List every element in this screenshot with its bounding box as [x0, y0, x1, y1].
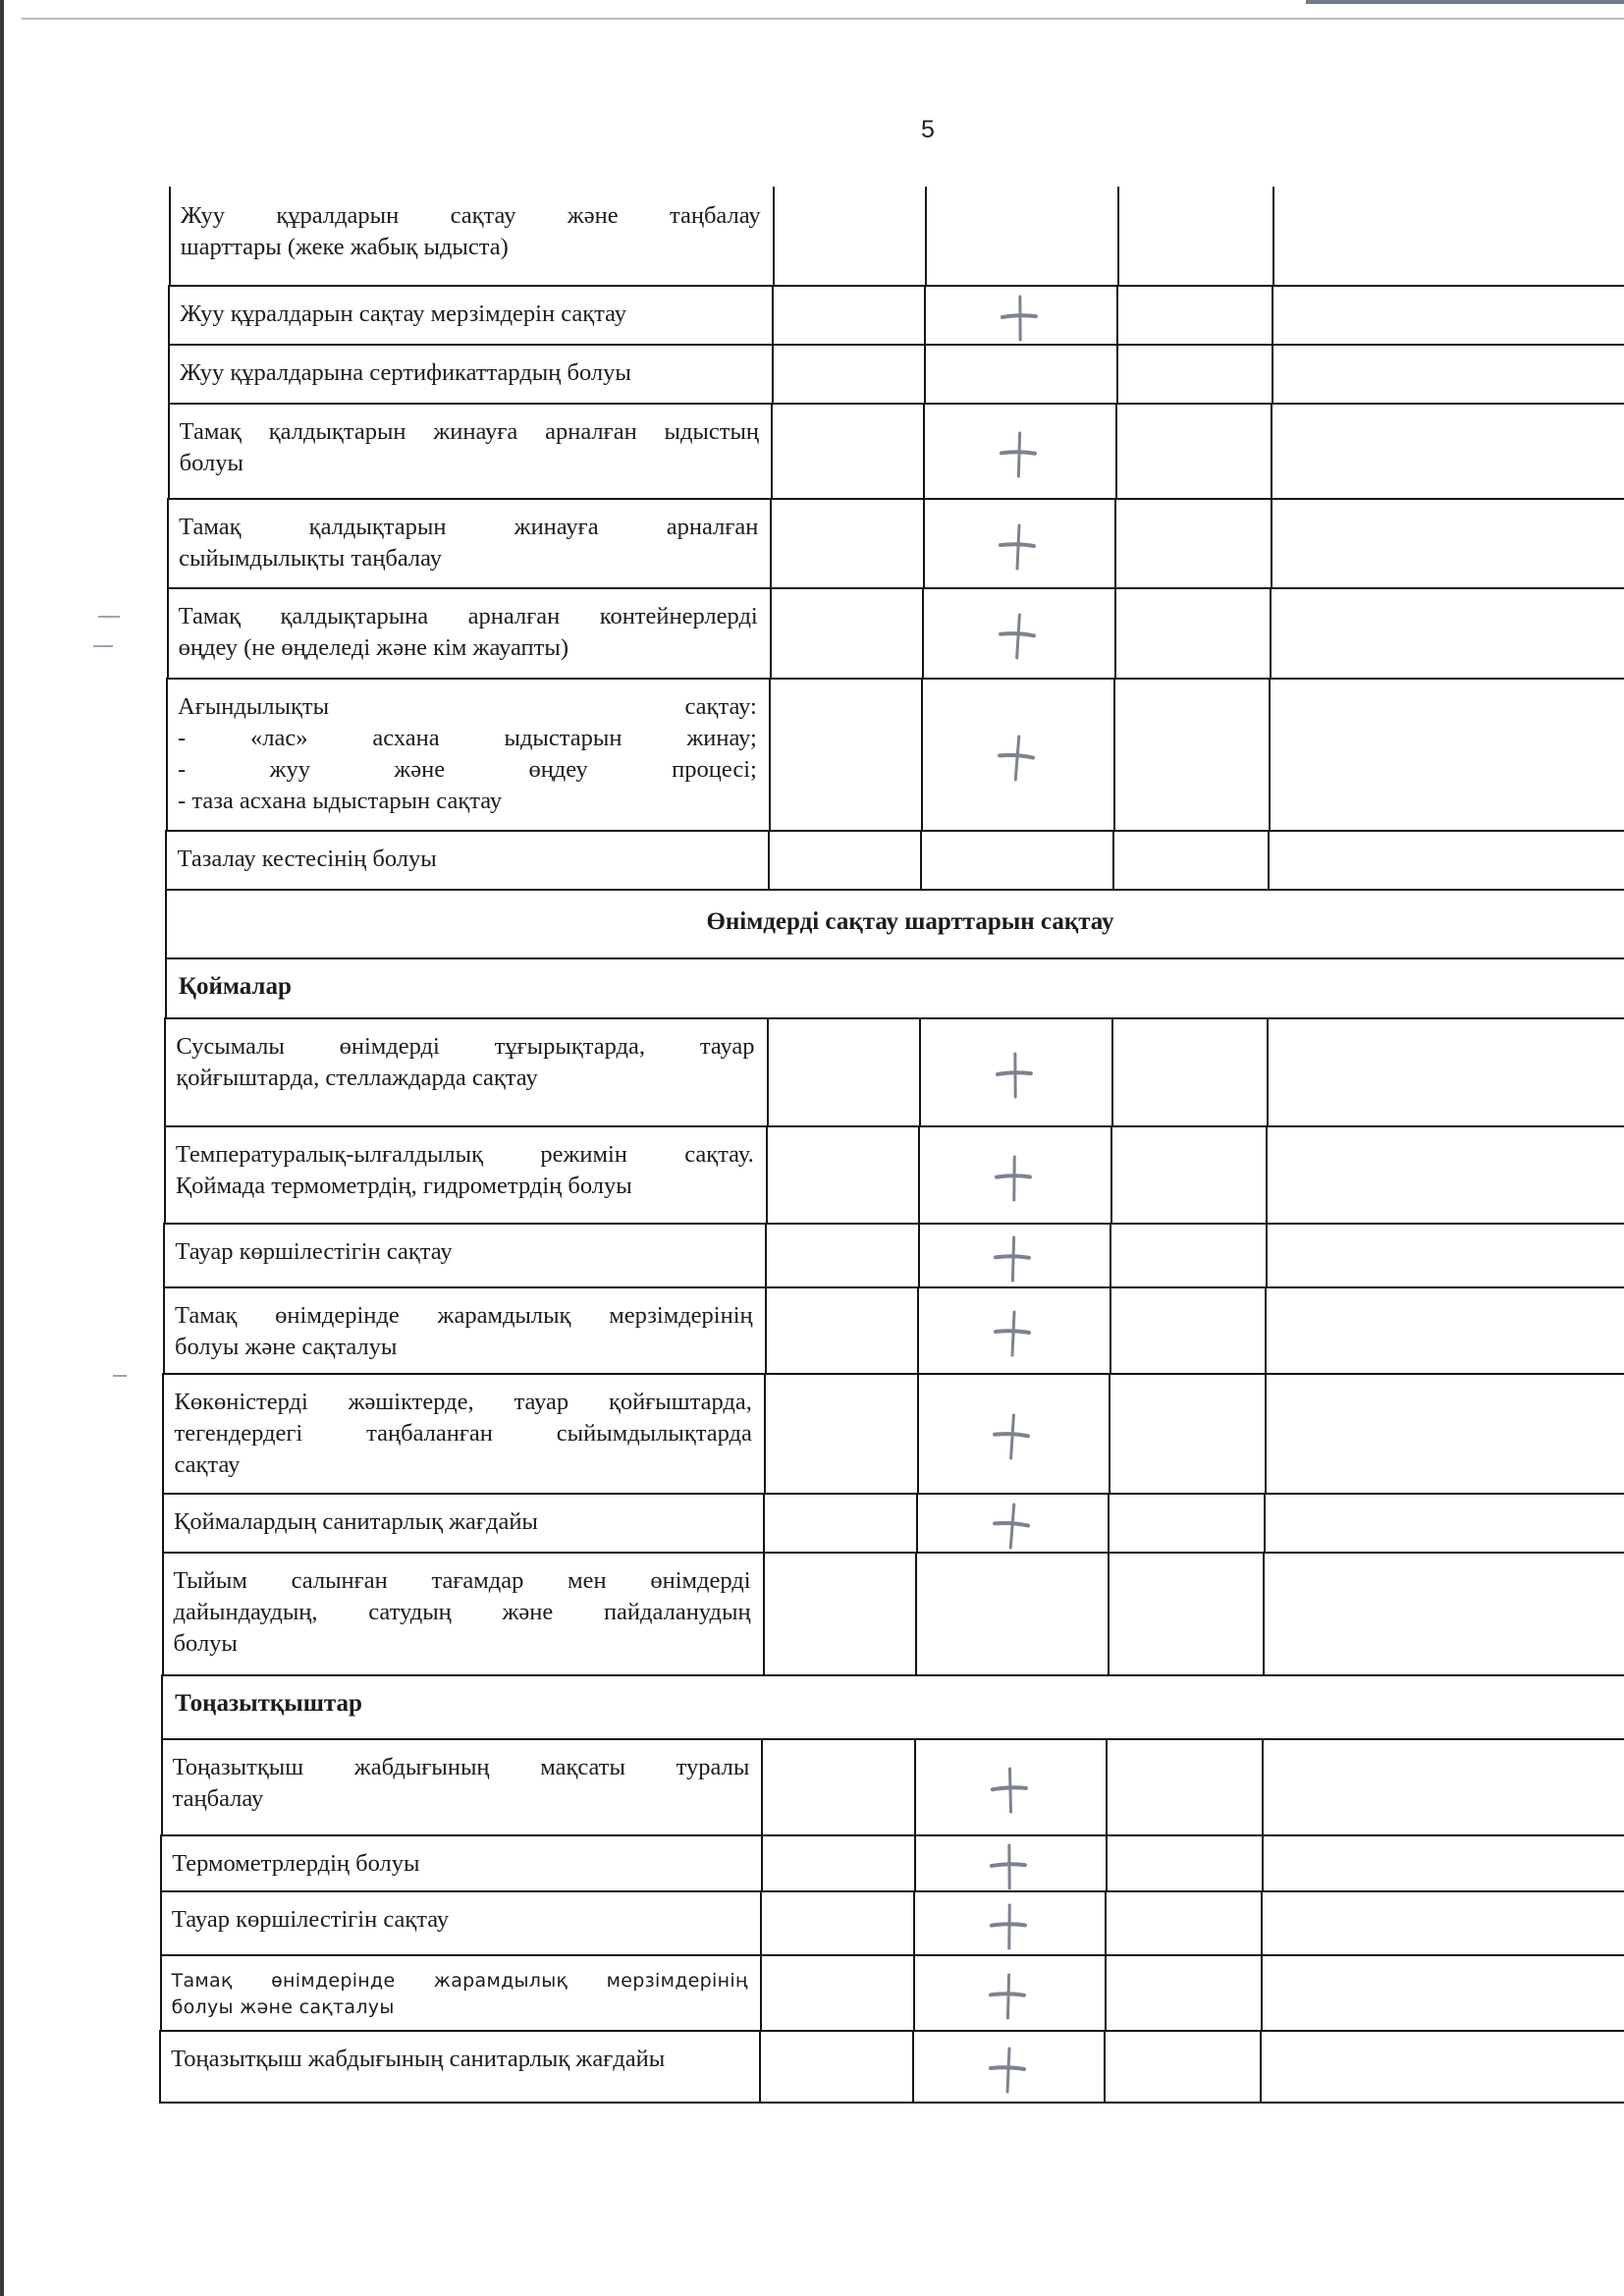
table-column-rule [759, 2030, 761, 2102]
table-rule [159, 2030, 1624, 2032]
handwritten-plus-icon [981, 1761, 1040, 1820]
table-column-rule [760, 1890, 762, 1954]
table-column-rule [1262, 1738, 1264, 1834]
criterion-line: Термометрлердің болуы [172, 1848, 748, 1880]
table-column-rule [1105, 1954, 1107, 2030]
section-title: Өнімдерді сақтау шарттарын сақтау [0, 908, 1624, 936]
criterion-line: Сусымалы өнімдерді тұғырықтарда, тауар [176, 1031, 754, 1063]
criterion-text: Жуу құралдарын сақтау мерзімдерін сақтау [180, 299, 760, 330]
table-column-rule [1264, 1493, 1266, 1552]
table-column-rule [1272, 344, 1273, 403]
table-rule [165, 957, 1624, 959]
table-column-rule [1272, 187, 1274, 285]
criterion-text: Көкөністерді жәшіктерде, тауар қойғыштар… [174, 1387, 751, 1481]
handwritten-plus-icon [986, 1046, 1045, 1105]
table-column-rule [919, 1017, 921, 1125]
criterion-line: тегендердегі таңбаланған сыйымдылықтарда [174, 1418, 751, 1449]
table-column-rule [922, 587, 924, 678]
handwritten-plus-icon [991, 289, 1050, 348]
criterion-line: Қоймалардың санитарлық жағдайы [174, 1506, 751, 1538]
table-rule [162, 1552, 1624, 1554]
criterion-text: Тауар көршілестігін сақтау [172, 1904, 748, 1936]
table-column-rule [1263, 1552, 1265, 1674]
criterion-line: таңбалау [173, 1783, 750, 1815]
table-column-rule [1106, 1834, 1108, 1890]
criterion-line: Көкөністерді жәшіктерде, тауар қойғыштар… [174, 1387, 751, 1418]
criterion-line: сыйымдылықты таңбалау [179, 543, 758, 574]
table-rule [163, 1286, 1624, 1288]
table-column-rule [1271, 403, 1272, 498]
subsection-title: Тоңазытқыштар [175, 1690, 362, 1718]
criterion-line: Тамақ қалдықтарын жинауға арналған [179, 512, 758, 543]
table-column-rule [763, 1493, 765, 1552]
table-column-rule [916, 1493, 918, 1552]
criterion-text: Тоңазытқыш жабдығының санитарлық жағдайы [171, 2044, 747, 2075]
criterion-line: Жуу құралдарына сертификаттардың болуы [180, 357, 760, 389]
table-rule [168, 403, 1624, 405]
table-column-rule [166, 678, 168, 830]
handwritten-plus-icon [989, 607, 1048, 666]
criterion-line: Ағындылықты сақтау: [178, 691, 757, 723]
table-column-rule [162, 1493, 164, 1552]
criterion-line: Тамақ қалдықтарына арналған контейнерлер… [179, 601, 758, 632]
criterion-text: Қоймалардың санитарлық жағдайы [174, 1506, 751, 1538]
table-column-rule [162, 1552, 164, 1674]
table-column-rule [1110, 1286, 1111, 1373]
table-column-rule [763, 1552, 765, 1674]
criterion-text: Тамақ қалдықтарын жинауға арналған ыдыст… [180, 416, 759, 479]
criterion-line: Тауар көршілестігін сақтау [175, 1236, 753, 1268]
table-rule [167, 587, 1624, 589]
table-rule [161, 1738, 1624, 1740]
criterion-text: Тыйым салынған тағамдар мен өнімдердідай… [174, 1565, 751, 1660]
criterion-text: Жуу құралдарын сақтау және таңбалаушартт… [181, 200, 761, 263]
table-column-rule [767, 1017, 769, 1125]
handwritten-plus-icon [979, 1967, 1038, 2026]
table-column-rule [1109, 1373, 1110, 1493]
table-column-rule [1271, 498, 1272, 587]
criterion-line: Жуу құралдарын сақтау мерзімдерін сақтау [180, 299, 760, 330]
table-column-rule [1117, 187, 1119, 285]
table-column-rule [168, 285, 170, 344]
table-column-rule [164, 1125, 166, 1223]
table-column-rule [160, 1834, 162, 1890]
table-column-rule [760, 1954, 762, 2030]
table-rule [162, 1493, 1624, 1495]
table-column-rule [1268, 830, 1270, 889]
handwritten-plus-icon [990, 425, 1049, 484]
table-column-rule [913, 1954, 915, 2030]
table-rule [164, 1223, 1624, 1225]
table-column-rule [167, 498, 169, 587]
criterion-text: Тамақ өнімдерінде жарамдылық мерзімдерін… [172, 1968, 748, 2021]
criterion-text: Температуралық-ылғалдылық режимін сақтау… [176, 1139, 754, 1202]
table-rule [160, 1890, 1624, 1892]
criterion-text: Жуу құралдарына сертификаттардың болуы [180, 357, 760, 389]
table-column-rule [923, 498, 925, 587]
table-column-rule [925, 187, 927, 285]
criterion-line: шарттары (жеке жабық ыдыста) [181, 232, 761, 263]
criterion-text: Тауар көршілестігін сақтау [175, 1236, 753, 1268]
table-column-rule [1110, 1125, 1112, 1223]
table-column-rule [1266, 1223, 1268, 1286]
table-rule [159, 2102, 1624, 2104]
table-column-rule [914, 1834, 916, 1890]
criterion-line: дайындаудың, сатудың және пайдаланудың [174, 1597, 751, 1628]
table-column-rule [1113, 678, 1115, 830]
table-column-rule [1270, 587, 1272, 678]
table-column-rule [1116, 344, 1118, 403]
handwritten-plus-icon [980, 1897, 1039, 1956]
table-rule [163, 1373, 1624, 1375]
table-column-rule [917, 1373, 919, 1493]
criterion-line: Жуу құралдарын сақтау және таңбалау [181, 200, 761, 232]
table-rule [168, 285, 1624, 287]
table-column-rule [1115, 403, 1117, 498]
table-column-rule [768, 830, 770, 889]
table-column-rule [165, 957, 167, 1017]
table-column-rule [169, 187, 171, 285]
table-column-rule [913, 1890, 915, 1954]
criterion-line: - «лас» асхана ыдыстарын жинау; [178, 723, 757, 754]
table-rule [166, 830, 1624, 832]
table-rule [168, 344, 1624, 346]
table-column-rule [160, 1954, 162, 2030]
table-rule [165, 1017, 1624, 1019]
table-column-rule [764, 1373, 766, 1493]
table-column-rule [912, 2030, 914, 2102]
handwritten-plus-icon [984, 1304, 1043, 1363]
table-rule [160, 1954, 1624, 1956]
table-column-rule [1114, 587, 1116, 678]
criterion-text: Термометрлердің болуы [172, 1848, 748, 1880]
table-column-rule [1262, 1834, 1264, 1890]
criterion-line: болуы [180, 448, 759, 479]
table-rule [165, 889, 1624, 891]
table-column-rule [920, 830, 922, 889]
table-column-rule [773, 187, 775, 285]
criterion-text: Ағындылықты сақтау:- «лас» асхана ыдыста… [178, 691, 757, 817]
criterion-text: Тамақ өнімдерінде жарамдылық мерзімдерін… [175, 1300, 753, 1363]
table-column-rule [1260, 2030, 1262, 2102]
table-column-rule [918, 1125, 920, 1223]
table-column-rule [1116, 285, 1118, 344]
table-column-rule [1266, 1125, 1268, 1223]
criterion-line: қойғыштарда, стеллаждарда сақтау [176, 1063, 754, 1094]
criterion-line: болуы және сақталуы [172, 1995, 748, 2021]
criterion-line: Температуралық-ылғалдылық режимін сақтау… [176, 1139, 754, 1171]
criterion-line: - таза асхана ыдыстарын сақтау [178, 786, 757, 817]
table-column-rule [1265, 1373, 1267, 1493]
table-column-rule [924, 344, 926, 403]
table-column-rule [924, 285, 926, 344]
table-column-rule [164, 1017, 166, 1125]
table-column-rule [1104, 2030, 1106, 2102]
criterion-line: Тамақ өнімдерінде жарамдылық мерзімдерін… [172, 1968, 748, 1995]
table-column-rule [761, 1738, 763, 1834]
table-rule [166, 678, 1624, 680]
handwritten-plus-icon [985, 1149, 1044, 1208]
checklist-table: Жуу құралдарын сақтау және таңбалаушартт… [0, 0, 1624, 2296]
table-column-rule [1110, 1223, 1111, 1286]
handwritten-plus-icon [980, 1837, 1039, 1896]
handwritten-plus-icon [983, 1407, 1042, 1466]
table-column-rule [1114, 498, 1116, 587]
table-column-rule [1261, 1890, 1263, 1954]
table-column-rule [1267, 1017, 1269, 1125]
table-column-rule [772, 285, 774, 344]
table-rule [167, 498, 1624, 500]
table-column-rule [1105, 1890, 1107, 1954]
table-column-rule [163, 1223, 165, 1286]
table-rule [164, 1125, 1624, 1127]
handwritten-plus-icon [988, 729, 1047, 788]
table-column-rule [1269, 678, 1271, 830]
table-column-rule [1265, 1286, 1267, 1373]
table-column-rule [1261, 1954, 1263, 2030]
table-column-rule [1112, 830, 1114, 889]
criterion-text: Тамақ қалдықтарын жинауға арналғансыйымд… [179, 512, 758, 574]
criterion-line: Тоңазытқыш жабдығының санитарлық жағдайы [171, 2044, 747, 2075]
criterion-line: Тыйым салынған тағамдар мен өнімдерді [174, 1565, 751, 1597]
table-column-rule [921, 678, 923, 830]
table-column-rule [1111, 1017, 1113, 1125]
criterion-line: Тауар көршілестігін сақтау [172, 1904, 748, 1936]
criterion-text: Тамақ қалдықтарына арналған контейнерлер… [179, 601, 758, 664]
table-column-rule [766, 1125, 768, 1223]
table-column-rule [918, 1223, 920, 1286]
table-column-rule [162, 1373, 164, 1493]
table-column-rule [1272, 285, 1273, 344]
table-column-rule [765, 1223, 767, 1286]
criterion-line: сақтау [174, 1449, 751, 1481]
table-column-rule [765, 1286, 767, 1373]
table-column-rule [769, 678, 771, 830]
handwritten-plus-icon [983, 1497, 1042, 1556]
table-column-rule [161, 1674, 163, 1738]
table-column-rule [163, 1286, 165, 1373]
table-column-rule [923, 403, 925, 498]
table-column-rule [159, 2030, 161, 2102]
criterion-line: Тамақ қалдықтарын жинауға арналған ыдыст… [180, 416, 759, 448]
criterion-text: Тоңазытқыш жабдығының мақсаты туралытаңб… [173, 1752, 750, 1815]
table-column-rule [168, 344, 170, 403]
table-column-rule [914, 1738, 916, 1834]
table-rule [160, 1834, 1624, 1836]
table-column-rule [167, 587, 169, 678]
table-column-rule [772, 344, 774, 403]
handwritten-plus-icon [984, 1230, 1043, 1288]
table-column-rule [1108, 1493, 1110, 1552]
criterion-line: - жуу және өңдеу процесі; [178, 754, 757, 786]
criterion-line: болуы [174, 1628, 751, 1660]
subsection-title: Қоймалар [179, 973, 292, 1001]
criterion-text: Сусымалы өнімдерді тұғырықтарда, тауарқо… [176, 1031, 754, 1094]
table-column-rule [917, 1286, 919, 1373]
criterion-line: Тоңазытқыш жабдығының мақсаты туралы [173, 1752, 750, 1783]
criterion-text: Тазалау кестесінің болуы [177, 844, 756, 875]
criterion-line: өңдеу (не өңделеді және кім жауапты) [179, 632, 758, 664]
table-column-rule [160, 1890, 162, 1954]
criterion-line: Тазалау кестесінің болуы [177, 844, 756, 875]
handwritten-plus-icon [989, 518, 1048, 576]
criterion-line: Тамақ өнімдерінде жарамдылық мерзімдерін… [175, 1300, 753, 1332]
table-column-rule [770, 587, 772, 678]
table-column-rule [1106, 1738, 1108, 1834]
table-column-rule [165, 830, 167, 889]
table-column-rule [1108, 1552, 1110, 1674]
table-column-rule [761, 1834, 763, 1890]
table-column-rule [168, 403, 170, 498]
table-rule [161, 1674, 1624, 1676]
table-column-rule [161, 1738, 163, 1834]
table-column-rule [770, 498, 772, 587]
table-column-rule [771, 403, 773, 498]
handwritten-plus-icon [979, 2041, 1038, 2100]
table-column-rule [915, 1552, 917, 1674]
criterion-line: Қоймада термометрдің, гидрометрдің болуы [176, 1171, 754, 1202]
criterion-line: болуы және сақталуы [175, 1332, 753, 1363]
